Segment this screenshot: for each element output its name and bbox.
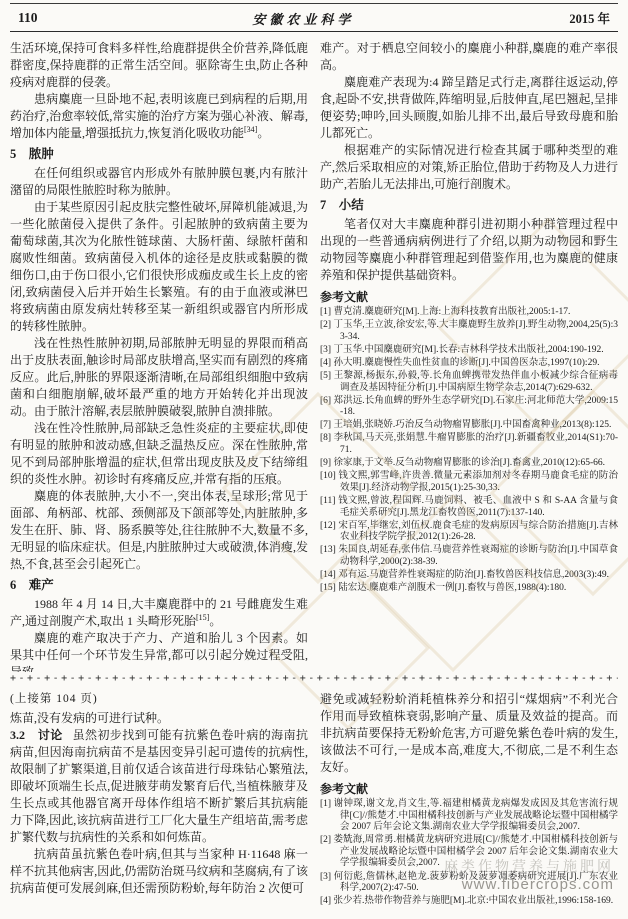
continued-from-note: (上接第 104 页) — [10, 691, 308, 707]
journal-year: 2015 年 — [569, 9, 610, 27]
paragraph: 患病麋鹿一旦卧地不起,表明该鹿已到病程的后期,用药治疗,治愈率较低,常实施的治疗… — [10, 91, 308, 142]
page-number: 110 — [18, 10, 38, 26]
paragraph-text: 虽然初步找到可能有抗紫色卷叶病的海南抗病苗,但因海南抗病苗不是基因变异引起可遗传… — [10, 728, 308, 844]
journal-header: 110 安徽农业科学 2015 年 — [0, 4, 628, 31]
paragraph: 笔者仅对大丰麋鹿种群引进初期小种群管理过程中出现的一些普通病病例进行了介绍,以期… — [320, 216, 618, 284]
continued-article-columns: (上接第 104 页) 炼苗,没有发病的可进行试种。 3.2 讨论虽然初步找到可… — [0, 686, 628, 918]
paragraph: 生活环境,保持可食料多样性,给鹿群提供全价营养,降低鹿群密度,保持鹿群的正常生活… — [10, 40, 308, 91]
journal-page: 110 安徽农业科学 2015 年 生活环境,保持可食料多样性,给鹿群提供全价营… — [0, 0, 628, 919]
section-7-heading: 7 小结 — [320, 196, 618, 214]
references-heading: 参考文献 — [320, 289, 618, 305]
citation-ref: [34] — [244, 125, 257, 134]
reference-item: [11] 钱文熙,曾波,程国辉.马鹿饲料、被毛、血液中 S 和 S-AA 含量与… — [320, 496, 618, 519]
paragraph: 炼苗,没有发病的可进行试种。 — [10, 710, 308, 727]
section-5-heading: 5 脓肿 — [10, 145, 308, 163]
paragraph: 浅在性冷性脓肿,局部缺乏急性炎症的主要症状,即使有明显的脓肿和波动感,但缺乏温热… — [10, 420, 308, 488]
reference-item: [15] 陆宏达.麋鹿难产剖腹术一例[J].畜牧与兽医,1988(4):180. — [320, 583, 618, 595]
citation-ref: [15] — [196, 613, 209, 622]
reference-item: [13] 朱国良,胡延春,张伟信.马鹿营养性衰竭症的诊断与防治[J].中国草食动… — [320, 545, 618, 568]
reference-item: [3] 丁玉华.中国麋鹿研究[M].长春:吉林科学技术出版社,2004:190-… — [320, 345, 618, 357]
reference-item: [9] 徐家康,于文举.反刍动物瘤胃膨胀的诊治[J].畜禽业,2010(12):… — [320, 458, 618, 470]
left-column: 生活环境,保持可食料多样性,给鹿群提供全价营养,降低鹿群密度,保持鹿群的正常生活… — [10, 40, 308, 672]
reference-item: [8] 李秋国,马天亮,张娟慧.牛瘤胃膨胀的治疗[J].新疆畜牧业,2014(S… — [320, 433, 618, 456]
paragraph: 浅在性热性脓肿初期,局部脓肿无明显的界限而稍高出于皮肤表面,触诊时局部皮肤增高,… — [10, 335, 308, 420]
paragraph: 麋鹿的体表脓肿,大小不一,突出体表,呈球形;常见于面部、角柄部、枕部、颈侧部及下… — [10, 488, 308, 573]
references-heading: 参考文献 — [320, 781, 618, 797]
paragraph: 抗病苗虽抗紫色卷叶病,但其与当家种 H·11648 麻一样不抗其他病害,因此,仍… — [10, 846, 308, 897]
paragraph: 麋鹿难产表现为:4 蹄呈踏足式行走,离群往返运动,停食,起卧不安,拱背做阵,阵缩… — [320, 74, 618, 142]
paragraph: 由于某些原因引起皮肤完整性破坏,屏障机能减退,为一些化脓菌侵入提供了条件。引起脓… — [10, 199, 308, 335]
right-column: 难产。对于栖息空间较小的麋鹿小种群,麋鹿的难产率很高。 麋鹿难产表现为:4 蹄呈… — [320, 40, 618, 672]
reference-item: [5] 王黎源,杨振东,孙毅,等.长角血蜱携带发热伴血小板减少综合征病毒调查及基… — [320, 371, 618, 394]
reference-item: [3] 何衍彪,詹儒林,赵艳龙.菠萝粉蚧及菠萝凋萎病研究进展[J].广东农业科学… — [320, 872, 618, 895]
paragraph: 避免或减轻粉蚧消耗植株养分和招引“煤烟病”不利光合作用而导致植株衰弱,影响产量、… — [320, 691, 618, 776]
reference-item: [6] 郑洪远.长角血蜱的野外生态学研究[D].石家庄:河北师范大学,2009:… — [320, 396, 618, 419]
reference-item: [10] 钱文熙,郭雪峰,许贵善.微量元素添加剂对冬春期马鹿食毛症的防治效果[J… — [320, 471, 618, 494]
paragraph: 3.2 讨论虽然初步找到可能有抗紫色卷叶病的海南抗病苗,但因海南抗病苗不是基因变… — [10, 727, 308, 846]
subsection-3-2-heading: 3.2 讨论 — [10, 728, 63, 742]
paragraph: 根据难产的实际情况进行检查其属于哪种类型的难产,然后采取相应的对策,矫正胎位,借… — [320, 142, 618, 193]
reference-item: [2] 娄兟海,周常勇.柑橘黄龙病研究进展[C]//熊楚才.中国柑橘科技创新与产… — [320, 835, 618, 870]
reference-item: [4] 孙大明.麋鹿慢性失血性贫血的诊断[J].中国兽医杂志,1997(10):… — [320, 358, 618, 370]
reference-item: [12] 宋百军,毕继宏,刘伍权.鹿食毛症的发病原因与综合防治措施[J].吉林农… — [320, 521, 618, 544]
paragraph-text: 1988 年 4 月 14 日,大丰麋鹿群中的 21 号雌鹿发生难产,通过剖腹产… — [10, 597, 308, 628]
reference-item: [1] 曹克清.麋鹿研究[M].上海:上海科技教育出版社,2005:1-17. — [320, 307, 618, 319]
continued-left-column: (上接第 104 页) 炼苗,没有发病的可进行试种。 3.2 讨论虽然初步找到可… — [10, 691, 308, 918]
reference-list: [1] 谢钟琛,谢文龙,肖文生,等.福建柑橘黄龙病爆发成因及其危害流行规律[C]… — [320, 799, 618, 908]
paragraph: 麋鹿的难产取决于产力、产道和胎儿 3 个因素。如果其中任何一个环节发生异常,都可… — [10, 630, 308, 672]
reference-item: [7] 王培娟,张晓娇.巧治反刍动物瘤胃膨胀[J].中国畜禽种业,2013(8)… — [320, 420, 618, 432]
paragraph: 1988 年 4 月 14 日,大丰麋鹿群中的 21 号雌鹿发生难产,通过剖腹产… — [10, 596, 308, 630]
main-article-columns: 生活环境,保持可食料多样性,给鹿群提供全价营养,降低鹿群密度,保持鹿群的正常生活… — [0, 32, 628, 672]
reference-item: [2] 丁玉华,王立波,徐安宏,等.大丰麋鹿野生放养[J].野生动物,2004,… — [320, 320, 618, 343]
reference-item: [14] 邓有运.马鹿营养性衰竭症的防治[J].畜牧兽医科技信息,2003(3)… — [320, 570, 618, 582]
paragraph: 难产。对于栖息空间较小的麋鹿小种群,麋鹿的难产率很高。 — [320, 40, 618, 74]
paragraph: 在任何组织或器官内形成外有脓肿膜包裹,内有脓汁潴留的局限性脓腔时称为脓肿。 — [10, 165, 308, 199]
section-6-heading: 6 难产 — [10, 576, 308, 594]
reference-item: [4] 张少若.热带作物营养与施肥[M].北京:中国农业出版社,1996:158… — [320, 896, 618, 908]
continued-right-column: 避免或减轻粉蚧消耗植株养分和招引“煤烟病”不利光合作用而导致植株衰弱,影响产量、… — [320, 691, 618, 918]
section-divider: +-+-+-+-+-+-+-+-+-+-+-+-+-+-+-+-+-+-+-+-… — [10, 673, 618, 686]
reference-list: [1] 曹克清.麋鹿研究[M].上海:上海科技教育出版社,2005:1-17. … — [320, 307, 618, 595]
paragraph-text: 。 — [257, 126, 269, 140]
journal-title: 安徽农业科学 — [252, 9, 354, 28]
paragraph-text: 。 — [209, 614, 221, 628]
reference-item: [1] 谢钟琛,谢文龙,肖文生,等.福建柑橘黄龙病爆发成因及其危害流行规律[C]… — [320, 799, 618, 834]
